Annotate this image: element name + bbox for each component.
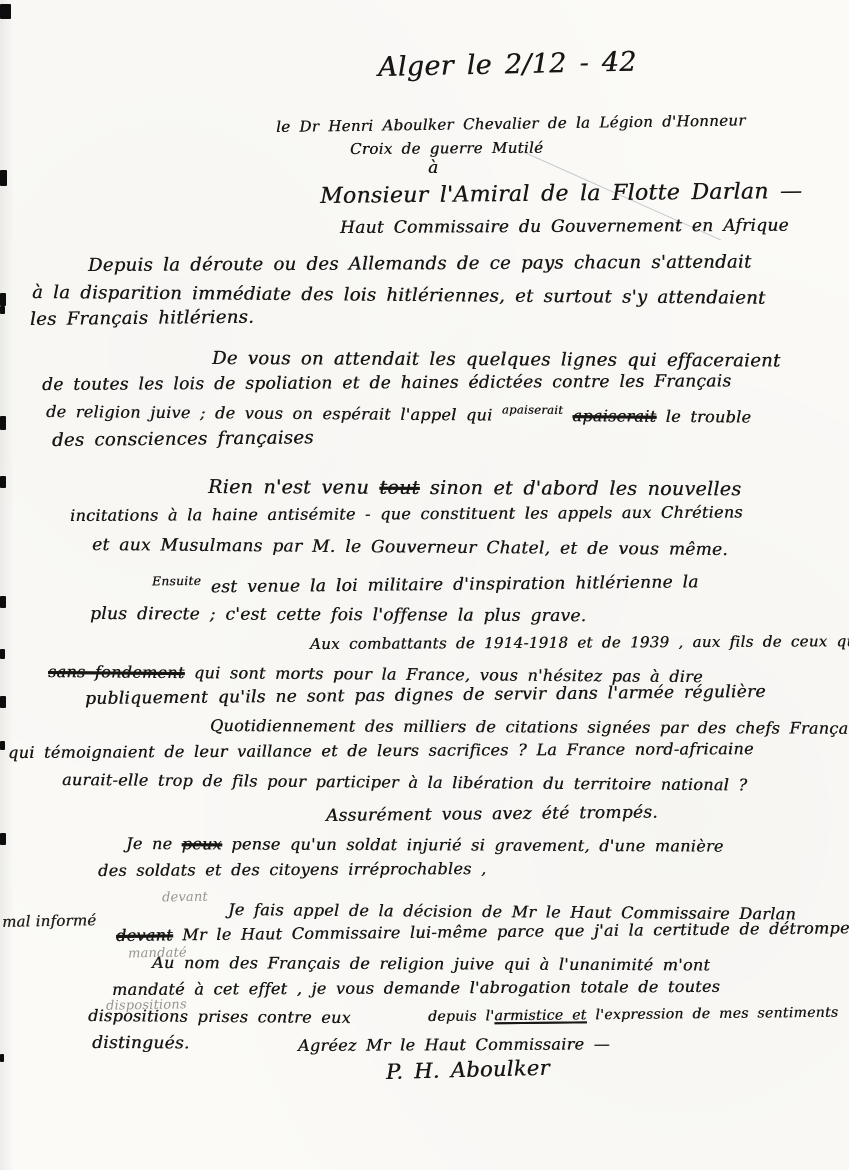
body-line: des soldats et des citoyens irréprochabl…	[98, 859, 486, 880]
recipient-line: Haut Commissaire du Gouvernement en Afri…	[340, 216, 789, 238]
body-line: des consciences françaises	[52, 427, 314, 451]
crossed-out-text: sans fondement	[48, 662, 185, 682]
body-line: Quotidiennement des milliers de citation…	[210, 716, 849, 738]
signature: P. H. Aboulker	[386, 1056, 550, 1084]
crossed-out-text: peux	[182, 834, 222, 853]
body-line: plus directe ; c'est cette fois l'offens…	[90, 604, 586, 626]
body-line: les Français hitlériens.	[30, 307, 254, 330]
crossed-out-text: apaiserait	[572, 406, 656, 426]
body-line: aurait-elle trop de fils pour participer…	[62, 770, 747, 794]
body-line: Assurément vous avez été trompés.	[326, 803, 658, 826]
underlined-text: armistice et	[494, 1007, 586, 1024]
body-line: à la disparition immédiate des lois hitl…	[32, 282, 766, 309]
body-line: Ensuite est venue la loi militaire d'ins…	[152, 572, 699, 598]
sender-line: le Dr Henri Aboulker Chevalier de la Lég…	[276, 111, 746, 136]
scan-edge-artifact	[0, 416, 6, 430]
letter-scan-page: Alger le 2/12 - 42le Dr Henri Aboulker C…	[0, 0, 849, 1170]
body-line: Au nom des Français de religion juive qu…	[152, 953, 710, 974]
closing-line: Agréez Mr le Haut Commissaire —	[298, 1034, 610, 1055]
scan-edge-artifact	[0, 4, 11, 19]
sender-line: Croix de guerre Mutilé	[350, 139, 543, 158]
body-line: Depuis la déroute ou des Allemands de ce…	[88, 252, 752, 276]
inserted-word: Ensuite	[152, 574, 201, 589]
body-line: qui témoignaient de leur vaillance et de…	[8, 739, 754, 762]
body-line: De vous on attendait les quelques lignes…	[212, 348, 781, 371]
place-date-line: Alger le 2/12 - 42	[378, 47, 637, 83]
body-line: publiquement qu'ils ne sont pas dignes d…	[85, 682, 766, 709]
body-line: Aux combattants de 1914-1918 et de 1939 …	[310, 632, 849, 653]
body-line: et aux Musulmans par M. le Gouverneur Ch…	[92, 535, 728, 560]
recipient-line: Monsieur l'Amiral de la Flotte Darlan —	[320, 179, 803, 209]
crossed-out-text: tout	[379, 477, 419, 499]
margin-note: dispositions	[106, 997, 187, 1013]
inserted-word: apaiserait	[502, 402, 563, 416]
body-line: mandaté à cet effet , je vous demande l'…	[112, 977, 720, 999]
margin-note: mal informé	[2, 911, 97, 931]
sender-line: à	[428, 158, 438, 178]
body-line: de religion juive ; de vous on espérait …	[46, 402, 751, 427]
scan-edge-artifact	[0, 306, 5, 314]
body-line: depuis l'armistice et l'expression de me…	[428, 1005, 839, 1025]
scan-edge-artifact	[0, 649, 5, 659]
scan-edge-artifact	[0, 596, 6, 608]
scan-edge-artifact	[0, 833, 6, 845]
scan-edge-artifact	[0, 476, 6, 488]
scan-edge-artifact	[0, 293, 6, 306]
body-line: sans fondement qui sont morts pour la Fr…	[48, 662, 703, 686]
scan-edge-artifact	[0, 1054, 4, 1062]
scan-edge-artifact	[0, 170, 7, 186]
body-line: devant Mr le Haut Commissaire lui-même p…	[116, 918, 849, 945]
margin-note: devant	[162, 890, 208, 906]
body-line: incitations à la haine antisémite - que …	[70, 502, 743, 525]
margin-note: mandaté	[128, 945, 187, 961]
closing-line: distingués.	[92, 1033, 190, 1053]
body-line: Rien n'est venu tout sinon et d'abord le…	[208, 476, 741, 500]
crossed-out-text: devant	[116, 925, 173, 945]
scan-edge-artifact	[0, 696, 6, 708]
scan-edge-artifact	[0, 741, 5, 750]
body-line: de toutes les lois de spoliation et de h…	[42, 371, 731, 395]
body-line: Je ne peux pense qu'un soldat injurié si…	[126, 834, 724, 856]
